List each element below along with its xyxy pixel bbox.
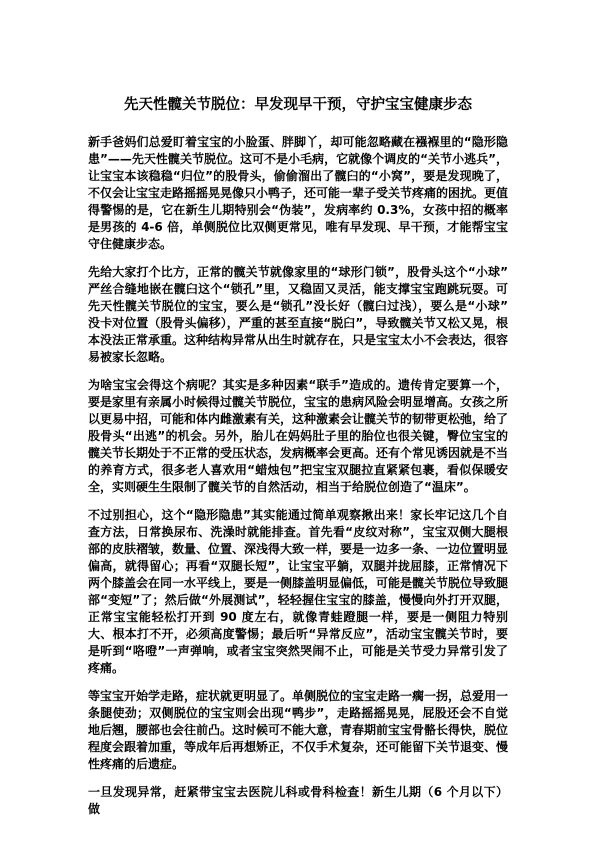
paragraph-walking-symptoms: 等宝宝开始学走路，症状就更明显了。单侧脱位的宝宝走路一瘸一拐，总爱用一条腿使劲；… — [88, 688, 508, 773]
document-page: 先天性髋关节脱位：早发现早干预，守护宝宝健康步态 新手爸妈们总爱盯着宝宝的小脸蛋… — [0, 0, 595, 842]
paragraph-see-doctor: 一旦发现异常，赶紧带宝宝去医院儿科或骨科检查！新生儿期（6 个月以下）做 — [88, 784, 508, 818]
document-content: 先天性髋关节脱位：早发现早干预，守护宝宝健康步态 新手爸妈们总爱盯着宝宝的小脸蛋… — [88, 97, 508, 829]
paragraph-causes: 为啥宝宝会得这个病呢？其实是多种因素“联手”造成的。遗传肯定要算一个，要是家里有… — [88, 377, 508, 496]
page-title: 先天性髋关节脱位：早发现早干预，守护宝宝健康步态 — [88, 97, 508, 114]
paragraph-intro: 新手爸妈们总爱盯着宝宝的小脸蛋、胖脚丫，却可能忽略藏在襁褓里的“隐形隐患”——先… — [88, 134, 508, 253]
paragraph-analogy: 先给大家打个比方，正常的髋关节就像家里的“球形门锁”，股骨头这个“小球”严丝合缝… — [88, 264, 508, 366]
paragraph-self-check: 不过别担心，这个“隐形隐患”其实能通过简单观察揪出来！家长牢记这几个自查方法，日… — [88, 507, 508, 677]
